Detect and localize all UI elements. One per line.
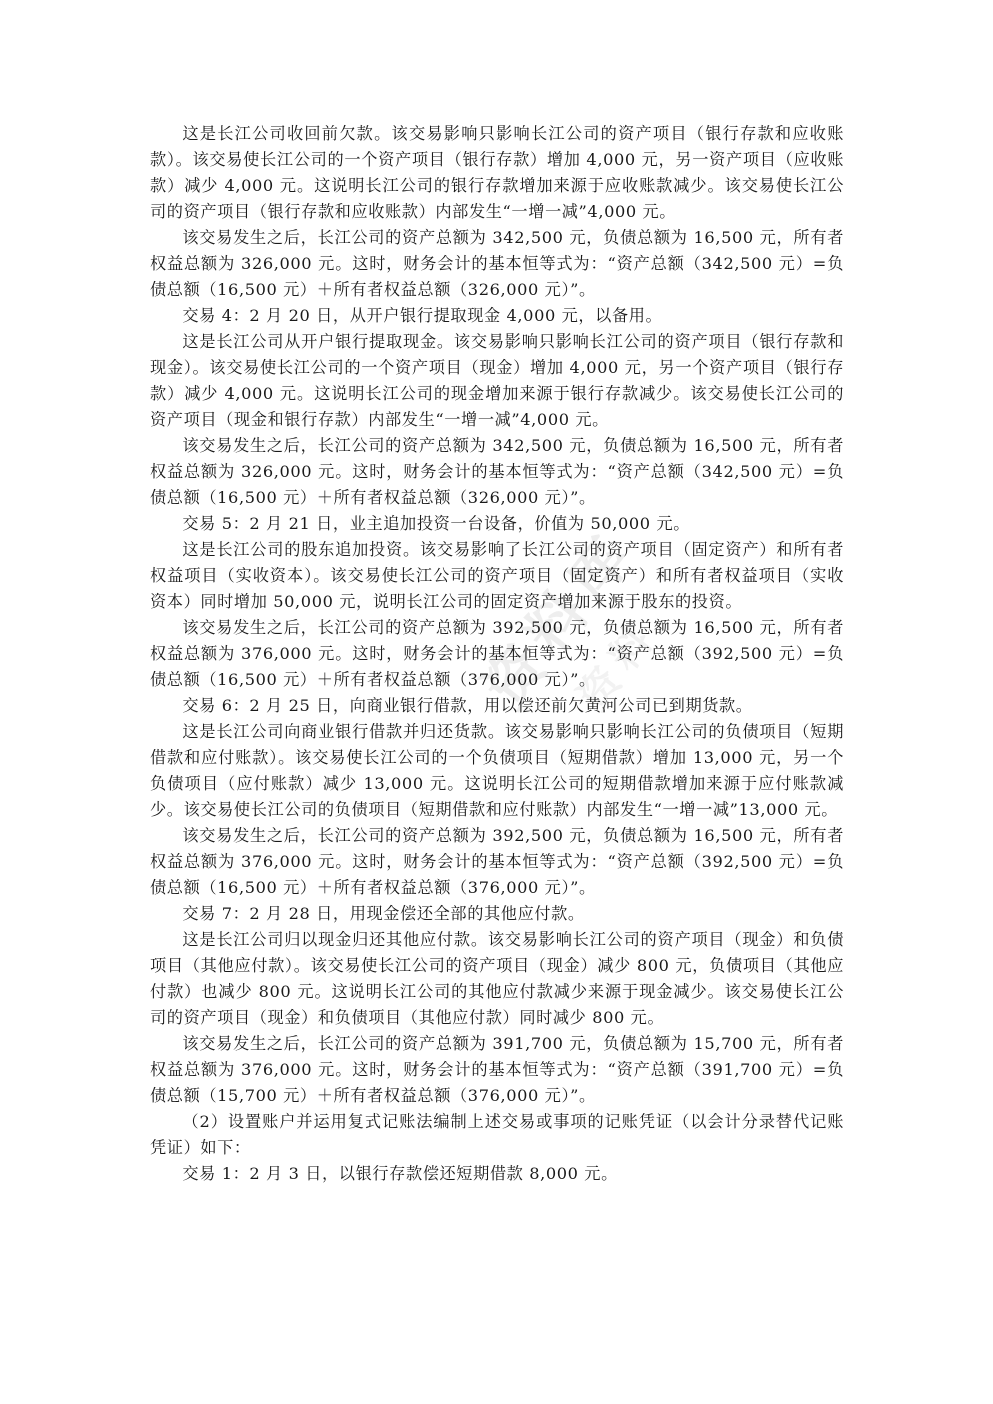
paragraph-transaction3-explanation: 这是长江公司收回前欠款。该交易影响只影响长江公司的资产项目（银行存款和应收账款）… <box>150 121 844 225</box>
heading-journal-transaction1: 交易 1：2 月 3 日，以银行存款偿还短期借款 8,000 元。 <box>150 1161 844 1187</box>
document-page: 这是长江公司收回前欠款。该交易影响只影响长江公司的资产项目（银行存款和应收账款）… <box>150 121 844 1187</box>
paragraph-transaction6-explanation: 这是长江公司向商业银行借款并归还货款。该交易影响只影响长江公司的负债项目（短期借… <box>150 719 844 823</box>
paragraph-transaction5-explanation: 这是长江公司的股东追加投资。该交易影响了长江公司的资产项目（固定资产）和所有者权… <box>150 537 844 615</box>
heading-transaction4: 交易 4：2 月 20 日，从开户银行提取现金 4,000 元，以备用。 <box>150 303 844 329</box>
heading-transaction6: 交易 6：2 月 25 日，向商业银行借款，用以偿还前欠黄河公司已到期货款。 <box>150 693 844 719</box>
section-2-intro: （2）设置账户并运用复式记账法编制上述交易或事项的记账凭证（以会计分录替代记账凭… <box>150 1109 844 1161</box>
paragraph-transaction4-equation: 该交易发生之后，长江公司的资产总额为 342,500 元，负债总额为 16,50… <box>150 433 844 511</box>
paragraph-transaction6-equation: 该交易发生之后，长江公司的资产总额为 392,500 元，负债总额为 16,50… <box>150 823 844 901</box>
paragraph-transaction4-explanation: 这是长江公司从开户银行提取现金。该交易影响只影响长江公司的资产项目（银行存款和现… <box>150 329 844 433</box>
paragraph-transaction7-explanation: 这是长江公司归以现金归还其他应付款。该交易影响长江公司的资产项目（现金）和负债项… <box>150 927 844 1031</box>
heading-transaction7: 交易 7：2 月 28 日，用现金偿还全部的其他应付款。 <box>150 901 844 927</box>
paragraph-transaction3-equation: 该交易发生之后，长江公司的资产总额为 342,500 元，负债总额为 16,50… <box>150 225 844 303</box>
paragraph-transaction5-equation: 该交易发生之后，长江公司的资产总额为 392,500 元，负债总额为 16,50… <box>150 615 844 693</box>
heading-transaction5: 交易 5：2 月 21 日，业主追加投资一台设备，价值为 50,000 元。 <box>150 511 844 537</box>
paragraph-transaction7-equation: 该交易发生之后，长江公司的资产总额为 391,700 元，负债总额为 15,70… <box>150 1031 844 1109</box>
